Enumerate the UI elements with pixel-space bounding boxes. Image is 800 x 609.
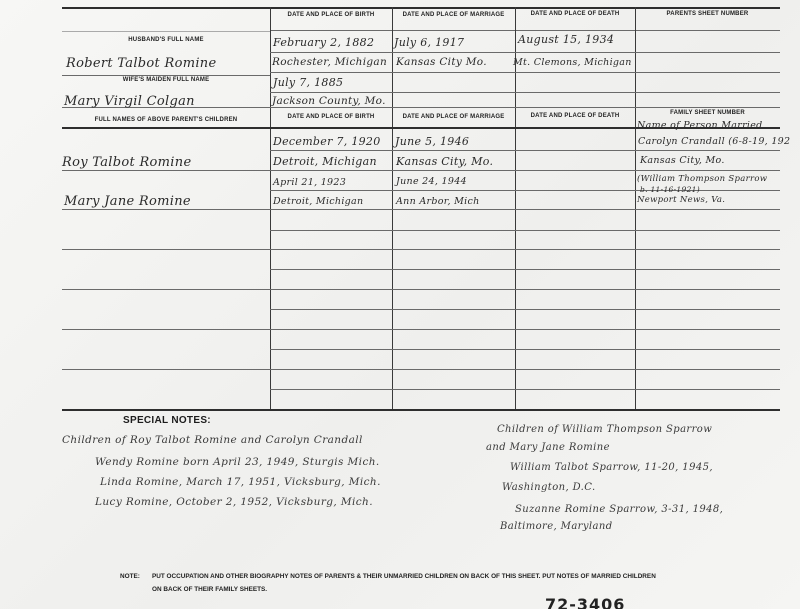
child-2-birth-place: Detroit, Michigan — [273, 196, 363, 207]
note-right-line: William Talbot Sparrow, 11-20, 1945, — [510, 462, 713, 473]
note-right-line: Washington, D.C. — [502, 482, 596, 493]
note-right-line: Suzanne Romine Sparrow, 3-31, 1948, — [515, 504, 723, 515]
child-birth-header: DATE AND PLACE OF BIRTH — [270, 114, 392, 120]
row-rule — [270, 190, 780, 191]
wife-name-label: WIFE'S MAIDEN FULL NAME — [62, 77, 270, 83]
note-left-line: Wendy Romine born April 23, 1949, Sturgi… — [95, 456, 380, 468]
note-left-line: Linda Romine, March 17, 1951, Vicksburg,… — [100, 476, 381, 488]
husband-birth-place: Rochester, Michigan — [272, 56, 387, 68]
row-rule — [270, 349, 780, 350]
child-1-birth-place: Detroit, Michigan — [273, 155, 377, 168]
row-rule — [62, 329, 780, 330]
header-rule — [62, 31, 270, 32]
child-2-marriage-place: Ann Arbor, Mich — [396, 196, 480, 207]
special-notes-heading: SPECIAL NOTES: — [123, 415, 211, 426]
header-rule — [270, 30, 780, 31]
child-death-header: DATE AND PLACE OF DEATH — [515, 113, 635, 119]
child-1-marriage-date: June 5, 1946 — [395, 135, 469, 148]
row-rule — [62, 170, 780, 171]
note-right-line: Children of William Thompson Sparrow — [497, 424, 712, 435]
child-2-spouse-name: (William Thompson Sparrow — [637, 174, 767, 184]
footer-note-line1: PUT OCCUPATION AND OTHER BIOGRAPHY NOTES… — [152, 573, 656, 580]
parents-sheet-header: PARENTS SHEET NUMBER — [635, 11, 780, 17]
wife-name: Mary Virgil Colgan — [64, 94, 195, 109]
row-rule — [270, 309, 780, 310]
wife-birth-date: July 7, 1885 — [273, 76, 343, 89]
row-rule — [270, 72, 780, 73]
death-header: DATE AND PLACE OF DEATH — [515, 11, 635, 17]
family-group-sheet: HUSBAND'S FULL NAME WIFE'S MAIDEN FULL N… — [0, 0, 800, 609]
row-rule — [62, 289, 780, 290]
footer-note-label: NOTE: — [120, 570, 152, 583]
marriage-date: July 6, 1917 — [394, 36, 464, 49]
note-left-line: Lucy Romine, October 2, 1952, Vicksburg,… — [95, 496, 373, 508]
marriage-header: DATE AND PLACE OF MARRIAGE — [392, 12, 515, 18]
child-1-birth-date: December 7, 1920 — [273, 135, 381, 148]
child-1-marriage-place: Kansas City, Mo. — [396, 155, 493, 168]
wife-birth-place: Jackson County, Mo. — [272, 95, 386, 107]
children-names-label: FULL NAMES OF ABOVE PARENT'S CHILDREN — [62, 117, 270, 123]
husband-name-label: HUSBAND'S FULL NAME — [62, 37, 270, 43]
row-rule — [270, 92, 780, 93]
row-rule — [62, 369, 780, 370]
sheet-number: 72-3406 — [545, 595, 625, 609]
husband-death-date: August 15, 1934 — [518, 33, 614, 46]
child-marriage-header: DATE AND PLACE OF MARRIAGE — [392, 114, 515, 120]
note-right-line: and Mary Jane Romine — [486, 442, 610, 453]
note-left-line: Children of Roy Talbot Romine and Caroly… — [62, 434, 363, 446]
child-2-name: Mary Jane Romine — [64, 194, 191, 209]
row-rule — [270, 389, 780, 390]
row-rule — [270, 269, 780, 270]
row-rule — [62, 249, 780, 250]
child-1-spouse-name: Carolyn Crandall (6-8-19, 192 — [638, 136, 790, 147]
family-sheet-header: FAMILY SHEET NUMBER — [635, 110, 780, 116]
row-rule — [270, 52, 780, 53]
row-rule — [62, 75, 270, 76]
footer-note: NOTE:PUT OCCUPATION AND OTHER BIOGRAPHY … — [120, 570, 656, 596]
child-2-marriage-date: June 24, 1944 — [396, 176, 467, 187]
note-right-line: Baltimore, Maryland — [500, 521, 613, 532]
child-2-birth-date: April 21, 1923 — [273, 177, 346, 188]
row-rule — [270, 150, 780, 151]
marriage-place: Kansas City Mo. — [396, 56, 487, 68]
child-1-spouse-label: Name of Person Married — [637, 120, 763, 131]
child-1-spouse-place: Kansas City, Mo. — [640, 155, 725, 166]
row-rule — [270, 230, 780, 231]
husband-name: Robert Talbot Romine — [66, 56, 216, 71]
child-2-spouse-birth: b. 11-16-1921) — [640, 185, 700, 194]
husband-death-place: Mt. Clemons, Michigan — [513, 57, 632, 68]
row-rule — [62, 209, 780, 210]
top-border — [62, 7, 780, 9]
birth-header: DATE AND PLACE OF BIRTH — [270, 12, 392, 18]
child-1-name: Roy Talbot Romine — [62, 155, 191, 170]
husband-birth-date: February 2, 1882 — [273, 36, 374, 49]
bottom-rule — [62, 409, 780, 411]
child-2-spouse-place: Newport News, Va. — [637, 195, 725, 205]
